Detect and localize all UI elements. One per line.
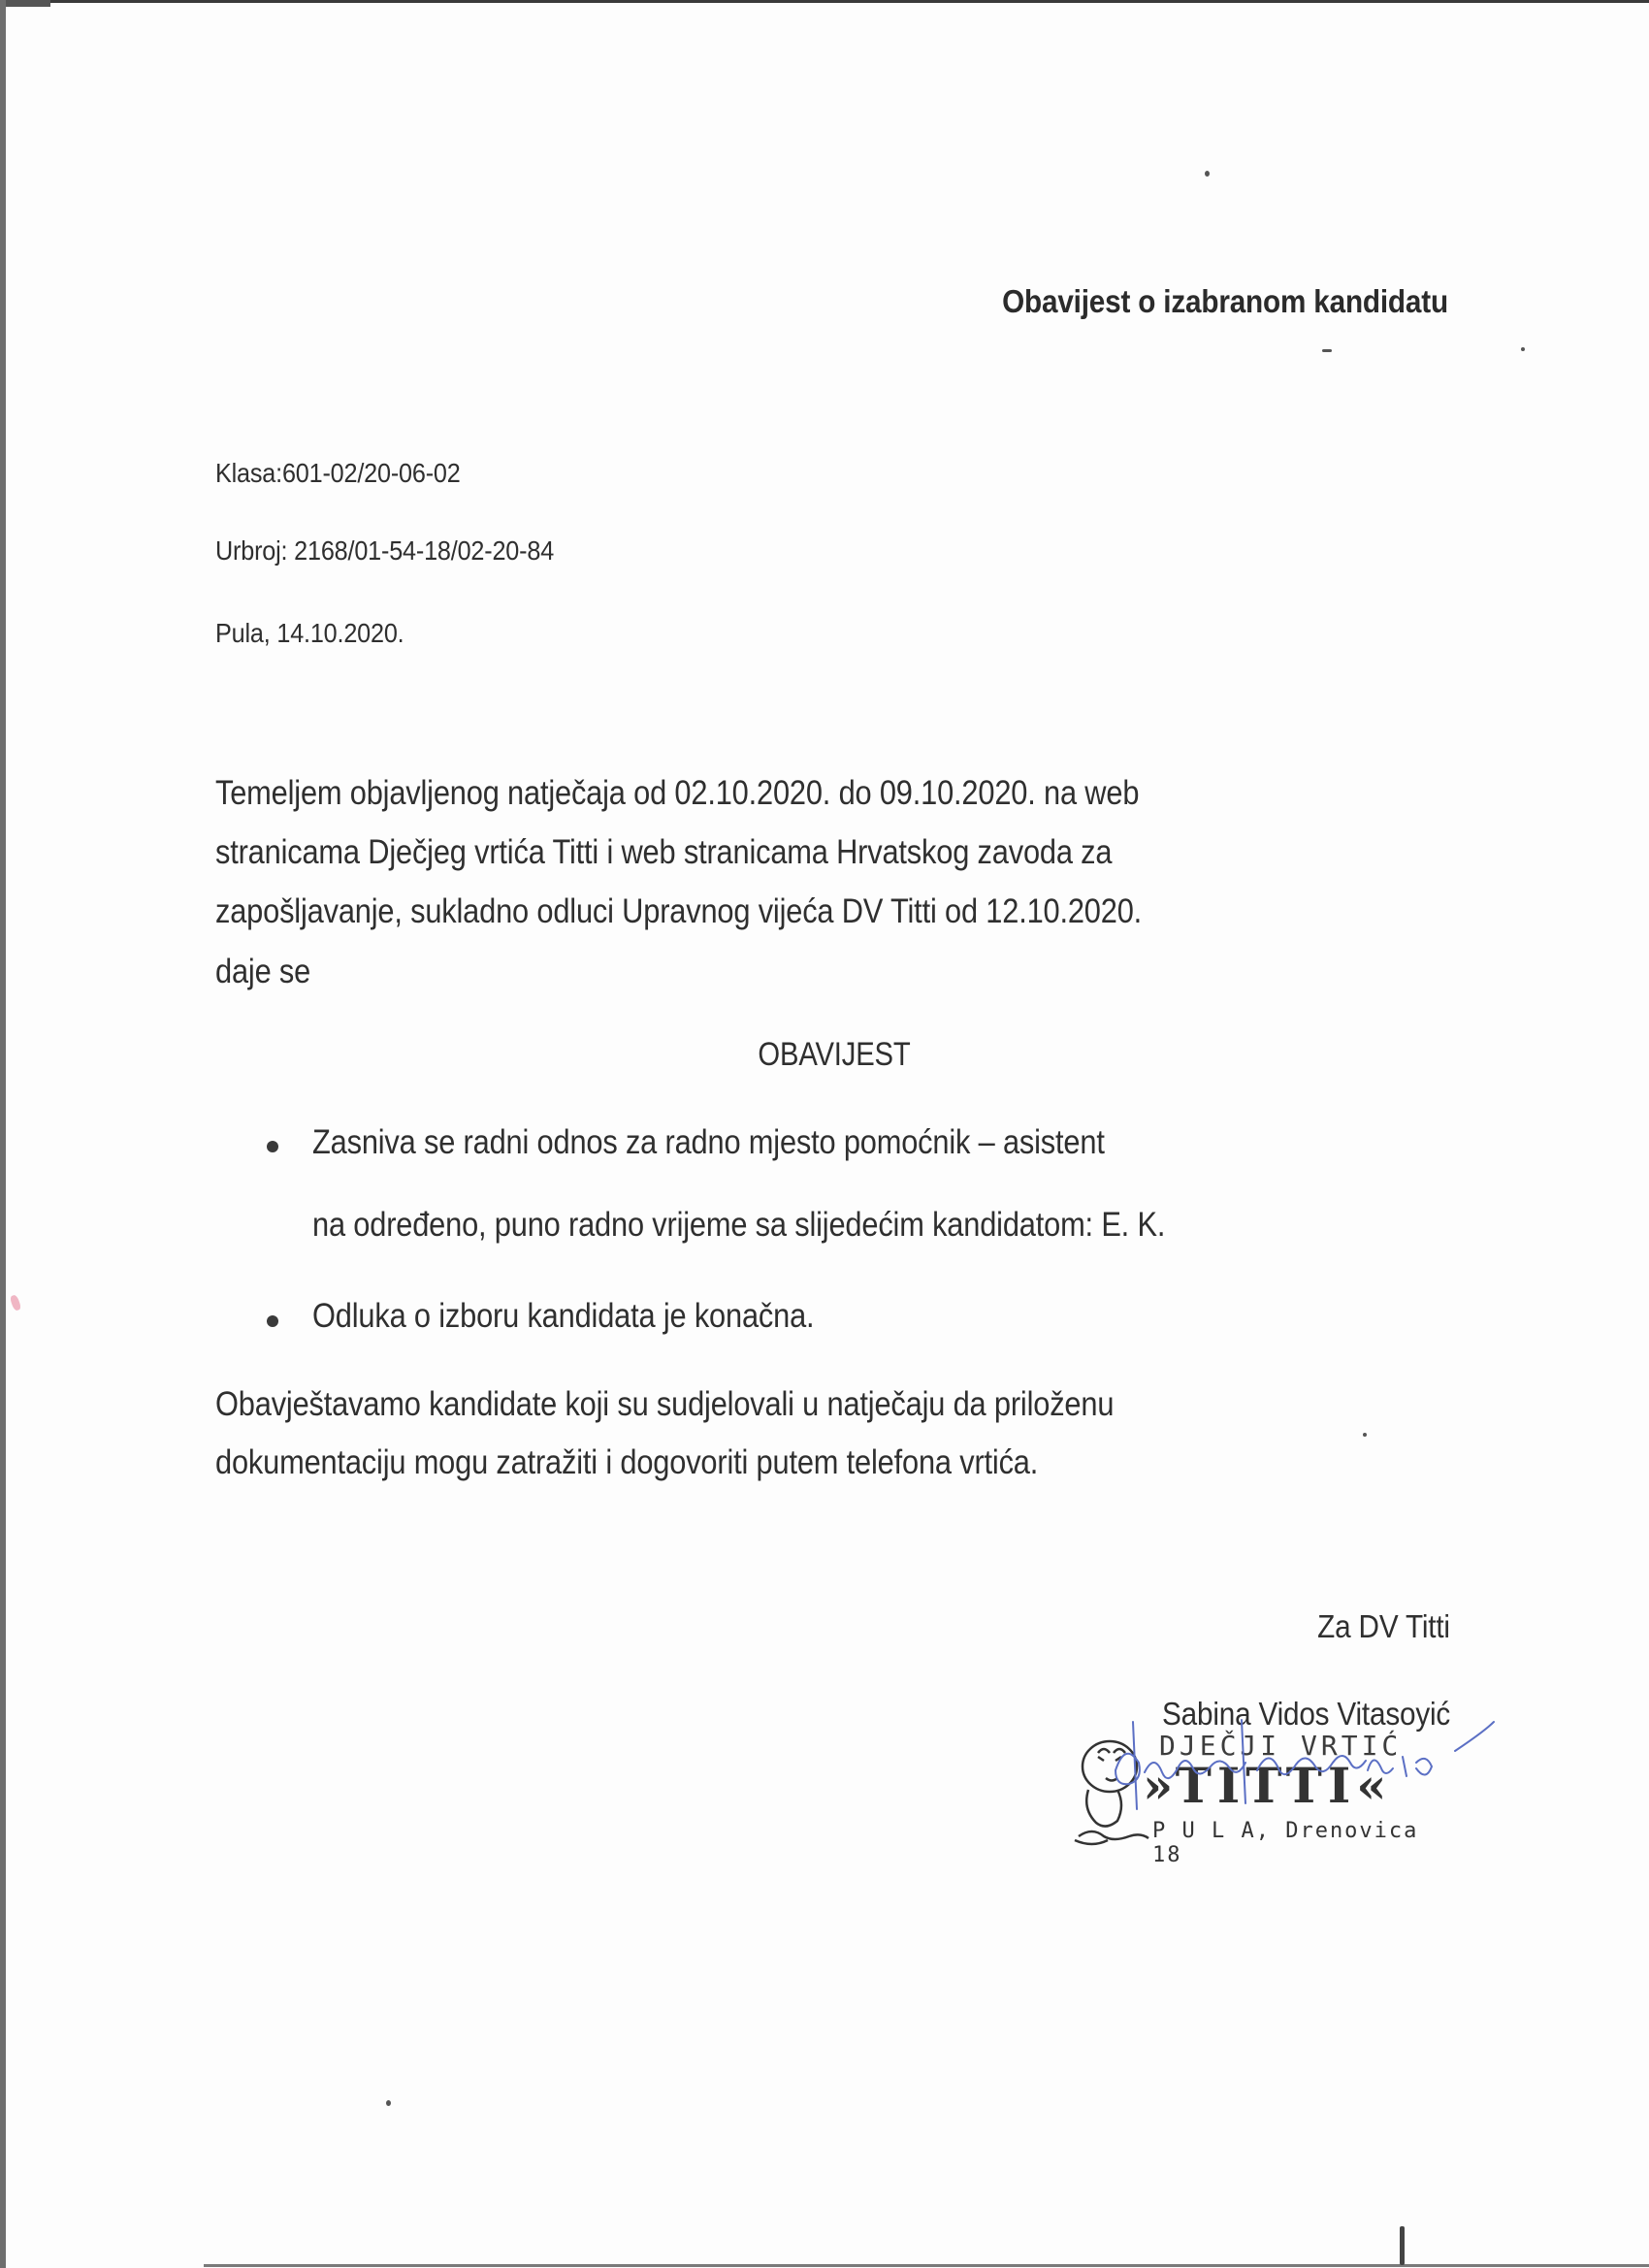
dust-speck <box>1521 347 1525 351</box>
bullet-icon <box>267 1315 278 1327</box>
dust-speck <box>386 2100 391 2106</box>
section-heading: OBAVIJEST <box>116 1036 1551 1074</box>
dust-speck <box>1322 349 1332 352</box>
intro-line: stranicama Dječjeg vrtića Titti i web st… <box>215 833 1112 872</box>
dust-speck <box>1205 171 1210 177</box>
urbroj-reference: Urbroj: 2168/01-54-18/02-20-84 <box>215 535 554 567</box>
intro-line: Temeljem objavljenog natječaja od 02.10.… <box>215 774 1139 813</box>
scan-edge-top <box>0 0 1649 3</box>
stamp-line-3: P U L A, Drenovica 18 <box>1152 1819 1455 1867</box>
closing-line: Obavještavamo kandidate koji su sudjelov… <box>215 1385 1114 1424</box>
intro-line: zapošljavanje, sukladno odluci Upravnog … <box>215 892 1142 931</box>
scan-edge-corner <box>0 0 50 7</box>
ink-mark <box>10 1294 22 1312</box>
list-item-text: Zasniva se radni odnos za radno mjesto p… <box>312 1123 1105 1162</box>
stamp-line-2: »TITTI« <box>1143 1757 1392 1814</box>
list-item-text-continuation: na određeno, puno radno vrijeme sa slije… <box>312 1206 1165 1245</box>
intro-line: daje se <box>215 953 310 991</box>
scan-edge-bottom <box>204 2264 1649 2267</box>
signatory-organization: Za DV Titti <box>1317 1608 1450 1645</box>
dust-speck <box>1363 1433 1367 1437</box>
official-stamp: DJEČJI VRTIĆ »TITTI« P U L A, Drenovica … <box>1067 1722 1455 1858</box>
klasa-reference: Klasa:601-02/20-06-02 <box>215 458 461 489</box>
bullet-icon <box>267 1141 278 1152</box>
document-title: Obavijest o izabranom kandidatu <box>1002 283 1448 320</box>
closing-line: dokumentaciju mogu zatražiti i dogovorit… <box>215 1443 1038 1482</box>
place-and-date: Pula, 14.10.2020. <box>215 618 404 649</box>
list-item-text: Odluka o izboru kandidata je konačna. <box>312 1297 814 1336</box>
scan-edge-left <box>0 0 6 2268</box>
dust-speck <box>1400 2226 1405 2265</box>
